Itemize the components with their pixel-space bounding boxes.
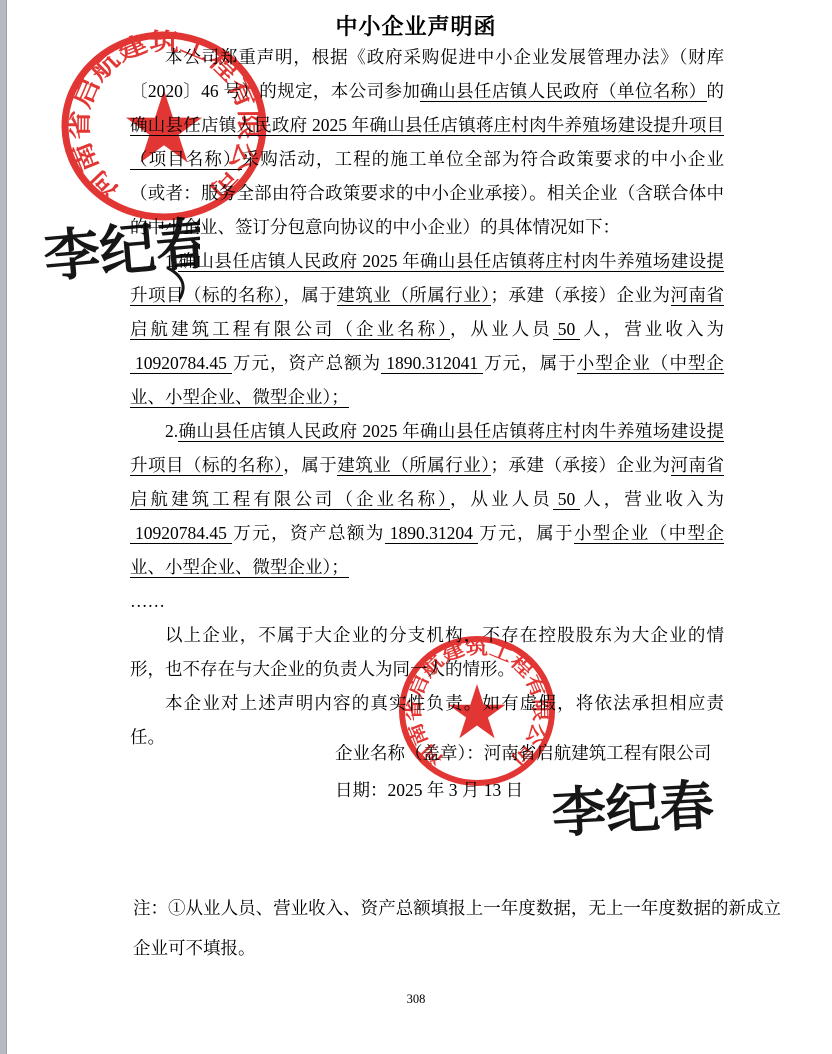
item-1-text: 万元，属于 <box>483 353 577 373</box>
page-number: 308 <box>0 992 832 1007</box>
item-1-text: ，属于 <box>283 285 337 305</box>
handwritten-signature-bottom: 李纪春 <box>546 762 716 867</box>
item-1-paragraph: 1.确山县任店镇人民政府 2025 年确山县任店镇蒋庄村肉牛养殖场建设提升项目（… <box>130 244 724 414</box>
company-seal-stamp-bottom: 河南省启航建筑工程有限公司 <box>396 634 558 795</box>
item-2-text: ，从业人员 <box>450 489 553 509</box>
item-1-text: ；承建（承接）企业为 <box>491 285 671 305</box>
item-2-text: ；承建（承接）企业为 <box>491 455 671 475</box>
item-2-text: 万元，资产总额为 <box>232 523 385 543</box>
item-1-blank-staff-count: 50 <box>553 319 581 340</box>
star-icon <box>126 90 202 162</box>
item-2-blank-revenue: 10920784.45 <box>130 523 232 544</box>
page-edge-strip <box>0 0 7 1054</box>
item-2-blank-industry: 建筑业（所属行业） <box>337 455 490 476</box>
item-2-blank-assets: 1890.31204 <box>385 523 478 544</box>
item-2-number: 2. <box>165 421 178 441</box>
item-1-blank-assets: 1890.312041 <box>381 353 483 374</box>
item-2-text: 人，营业收入为 <box>580 489 724 509</box>
star-icon <box>448 684 505 738</box>
footnote: 注：①从业人员、营业收入、资产总额填报上一年度数据，无上一年度数据的新成立企业可… <box>133 888 781 968</box>
item-1-text: 万元，资产总额为 <box>232 353 381 373</box>
item-2-blank-staff-count: 50 <box>553 489 581 510</box>
item-2-text: ，属于 <box>283 455 337 475</box>
signature-name-text: 李纪春 <box>550 776 715 844</box>
item-2-paragraph: 2.确山县任店镇人民政府 2025 年确山县任店镇蒋庄村肉牛养殖场建设提升项目（… <box>130 414 724 584</box>
handwritten-signature-top: 李纪春 <box>40 198 200 313</box>
item-1-text: 人，营业收入为 <box>580 319 724 339</box>
signature-name-text: 李纪春 <box>42 213 200 289</box>
item-1-blank-revenue: 10920784.45 <box>130 353 232 374</box>
item-1-blank-industry: 建筑业（所属行业） <box>337 285 490 306</box>
ellipsis-line: …… <box>130 584 724 618</box>
item-2-text: 万元，属于 <box>478 523 574 543</box>
blank-purchaser-name: 确山县任店镇人民政府（单位名称） <box>420 81 706 102</box>
item-1-text: ，从业人员 <box>450 319 553 339</box>
intro-conjunction: 的 <box>707 81 725 101</box>
